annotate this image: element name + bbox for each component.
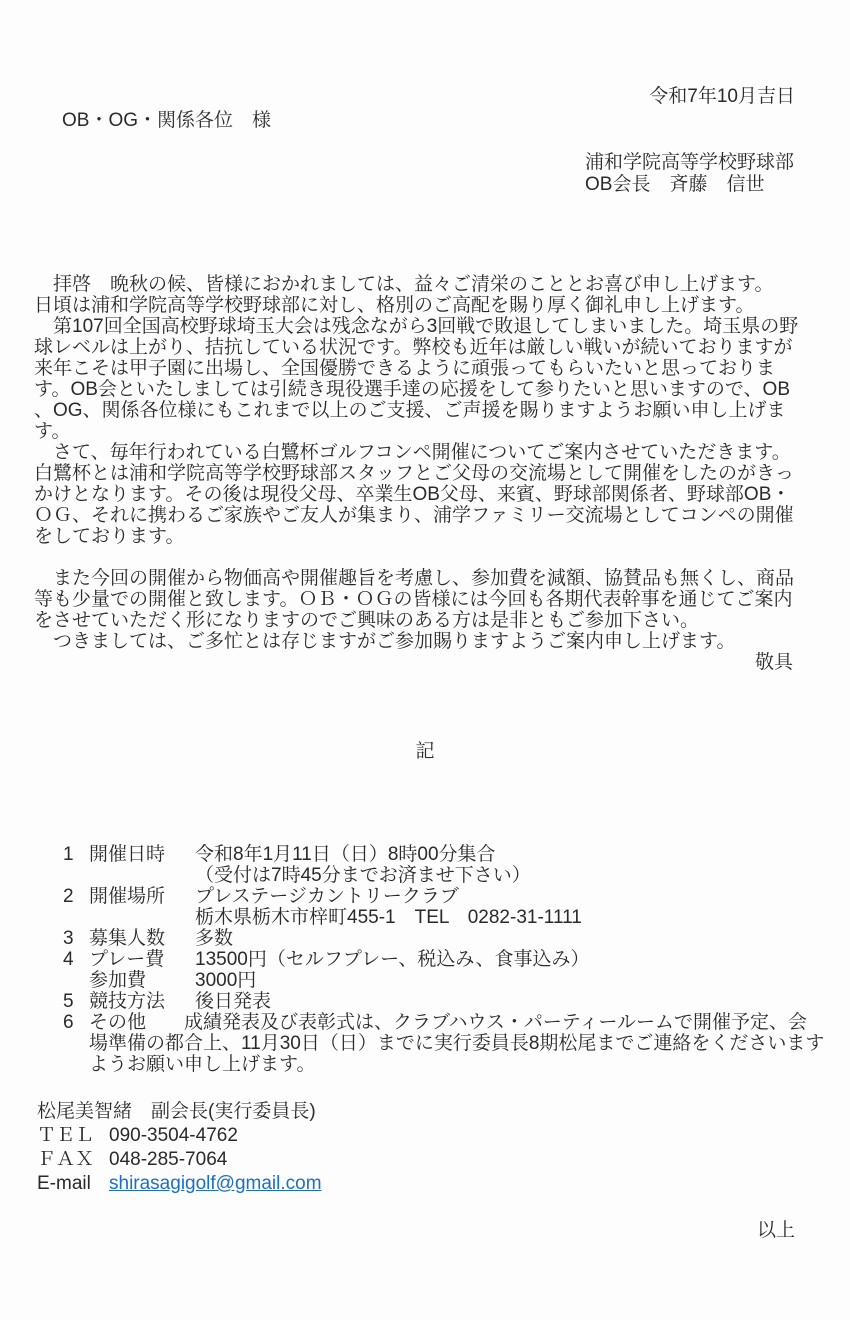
body-line: つきましては、ご多忙とは存じますがご参加賜りますようご案内申し上げます。 — [34, 631, 850, 652]
notice-item: 4プレー費13500円（セルフプレー、税込み、食事込み） — [63, 949, 850, 970]
body-text: 拝啓 晩秋の候、皆様におかれましては、益々ご清栄のこととお喜び申し上げます。日頃… — [0, 274, 850, 652]
tel-number: 090-3504-4762 — [109, 1125, 238, 1146]
body-line: 等も少量での開催と致します。ＯＢ・ＯＧの皆様には今回も各期代表幹事を通じてご案内 — [34, 589, 850, 610]
body-line: 拝啓 晩秋の候、皆様におかれましては、益々ご清栄のこととお喜び申し上げます。 — [34, 274, 850, 295]
notice-item-value: 3000円 — [195, 970, 850, 991]
recipient-line: OB・OG・関係各位 様 — [0, 110, 850, 131]
notice-item-line: 13500円（セルフプレー、税込み、食事込み） — [195, 949, 850, 970]
notice-item-value: その他 成績発表及び表彰式は、クラブハウス・パーティールームで開催予定、会場準備… — [89, 1012, 850, 1075]
letter-date: 令和7年10月吉日 — [0, 0, 850, 107]
notice-item-line: 3000円 — [195, 970, 850, 991]
notice-item-line: ようお願い申し上げます。 — [89, 1054, 850, 1075]
notice-item: 2開催場所プレステージカントリークラブ栃木県栃木市梓町455-1 TEL 028… — [63, 886, 850, 928]
fax-label: ＦＡＸ — [37, 1148, 109, 1172]
sender-org: 浦和学院高等学校野球部 — [585, 152, 850, 174]
notice-list: 1開催日時令和8年1月11日（日）8時00分集合（受付は7時45分までお済ませ下… — [0, 844, 850, 1075]
letter-page: 令和7年10月吉日 OB・OG・関係各位 様 浦和学院高等学校野球部 OB会長 … — [0, 0, 850, 1320]
contact-email-line: E-mailshirasagigolf@gmail.com — [37, 1172, 850, 1196]
email-link[interactable]: shirasagigolf@gmail.com — [109, 1173, 322, 1194]
tel-label: ＴＥＬ — [37, 1124, 109, 1148]
notice-item-line: プレステージカントリークラブ — [195, 886, 850, 907]
notice-heading: 記 — [0, 741, 850, 762]
notice-item-number: 1 — [63, 844, 89, 886]
notice-item-number: 3 — [63, 928, 89, 949]
body-line: また今回の開催から物価高や開催趣旨を考慮し、参加費を減額、協賛品も無くし、商品 — [34, 568, 850, 589]
notice-item: 3募集人数多数 — [63, 928, 850, 949]
notice-item-label: プレー費 — [89, 949, 195, 970]
body-line — [34, 547, 850, 568]
notice-item-label: 開催日時 — [89, 844, 195, 886]
notice-item-label: 参加費 — [89, 970, 195, 991]
notice-item-label: 募集人数 — [89, 928, 195, 949]
body-line: をさせていただく形になりますのでご興味のある方は是非ともご参加下さい。 — [34, 610, 850, 631]
notice-item-line: 場準備の都合上、11月30日（日）までに実行委員長8期松尾までご連絡をくださいま… — [89, 1033, 850, 1054]
body-line: をしております。 — [34, 526, 850, 547]
body-line: 白鷺杯とは浦和学院高等学校野球部スタッフとご父母の交流場として開催をしたのがきっ — [34, 463, 850, 484]
notice-item-label: 競技方法 — [89, 991, 195, 1012]
contact-block: 松尾美智緒 副会長(実行委員長) ＴＥＬ090-3504-4762 ＦＡＸ048… — [0, 1100, 850, 1196]
notice-item-line: その他 成績発表及び表彰式は、クラブハウス・パーティールームで開催予定、会 — [89, 1012, 850, 1033]
body-line: ＯＧ、それに携わるご家族やご友人が集まり、浦学ファミリー交流場としてコンペの開催 — [34, 505, 850, 526]
notice-item-line: 令和8年1月11日（日）8時00分集合 — [195, 844, 850, 865]
fax-number: 048-285-7064 — [109, 1149, 227, 1170]
notice-item: 6その他 成績発表及び表彰式は、クラブハウス・パーティールームで開催予定、会場準… — [63, 1012, 850, 1075]
notice-item-number: 2 — [63, 886, 89, 928]
closing-word: 敬具 — [0, 652, 850, 673]
contact-fax-line: ＦＡＸ048-285-7064 — [37, 1148, 850, 1172]
notice-item-value: 後日発表 — [195, 991, 850, 1012]
contact-name: 松尾美智緒 副会長(実行委員長) — [37, 1100, 850, 1124]
notice-item-line: （受付は7時45分までお済ませ下さい） — [195, 865, 850, 886]
notice-item-label: 開催場所 — [89, 886, 195, 928]
body-line: す。 — [34, 421, 850, 442]
body-line: かけとなります。その後は現役父母、卒業生OB父母、来賓、野球部関係者、野球部OB… — [34, 484, 850, 505]
body-line: 来年こそは甲子園に出場し、全国優勝できるように頑張ってもらいたいと思っておりま — [34, 358, 850, 379]
notice-item-value: プレステージカントリークラブ栃木県栃木市梓町455-1 TEL 0282-31-… — [195, 886, 850, 928]
body-line: す。OB会といたしましては引続き現役選手達の応援をして参りたいと思いますので、O… — [34, 379, 850, 400]
notice-item-line: 多数 — [195, 928, 850, 949]
contact-tel-line: ＴＥＬ090-3504-4762 — [37, 1124, 850, 1148]
notice-item-line: 栃木県栃木市梓町455-1 TEL 0282-31-1111 — [195, 907, 850, 928]
notice-item: 1開催日時令和8年1月11日（日）8時00分集合（受付は7時45分までお済ませ下… — [63, 844, 850, 886]
sender-block: 浦和学院高等学校野球部 OB会長 斉藤 信世 — [585, 152, 850, 196]
notice-item-line: 後日発表 — [195, 991, 850, 1012]
body-line: 、OG、関係各位様にもこれまで以上のご支援、ご声援を賜りますようお願い申し上げま — [34, 400, 850, 421]
sender-name: OB会長 斉藤 信世 — [585, 174, 850, 196]
notice-item: 参加費3000円 — [63, 970, 850, 991]
notice-item-number — [63, 970, 89, 991]
body-line: 球レベルは上がり、拮抗している状況です。弊校も近年は厳しい戦いが続いておりますが — [34, 337, 850, 358]
body-line: 日頃は浦和学院高等学校野球部に対し、格別のご高配を賜り厚く御礼申し上げます。 — [34, 295, 850, 316]
notice-item: 5競技方法後日発表 — [63, 991, 850, 1012]
notice-item-number: 6 — [63, 1012, 89, 1075]
end-mark: 以上 — [0, 1220, 850, 1241]
notice-item-value: 令和8年1月11日（日）8時00分集合（受付は7時45分までお済ませ下さい） — [195, 844, 850, 886]
email-label: E-mail — [37, 1172, 109, 1196]
body-line: さて、毎年行われている白鷺杯ゴルフコンペ開催についてご案内させていただきます。 — [34, 442, 850, 463]
notice-item-value: 13500円（セルフプレー、税込み、食事込み） — [195, 949, 850, 970]
notice-item-value: 多数 — [195, 928, 850, 949]
notice-item-number: 5 — [63, 991, 89, 1012]
notice-item-number: 4 — [63, 949, 89, 970]
body-line: 第107回全国高校野球埼玉大会は残念ながら3回戦で敗退してしまいました。埼玉県の… — [34, 316, 850, 337]
